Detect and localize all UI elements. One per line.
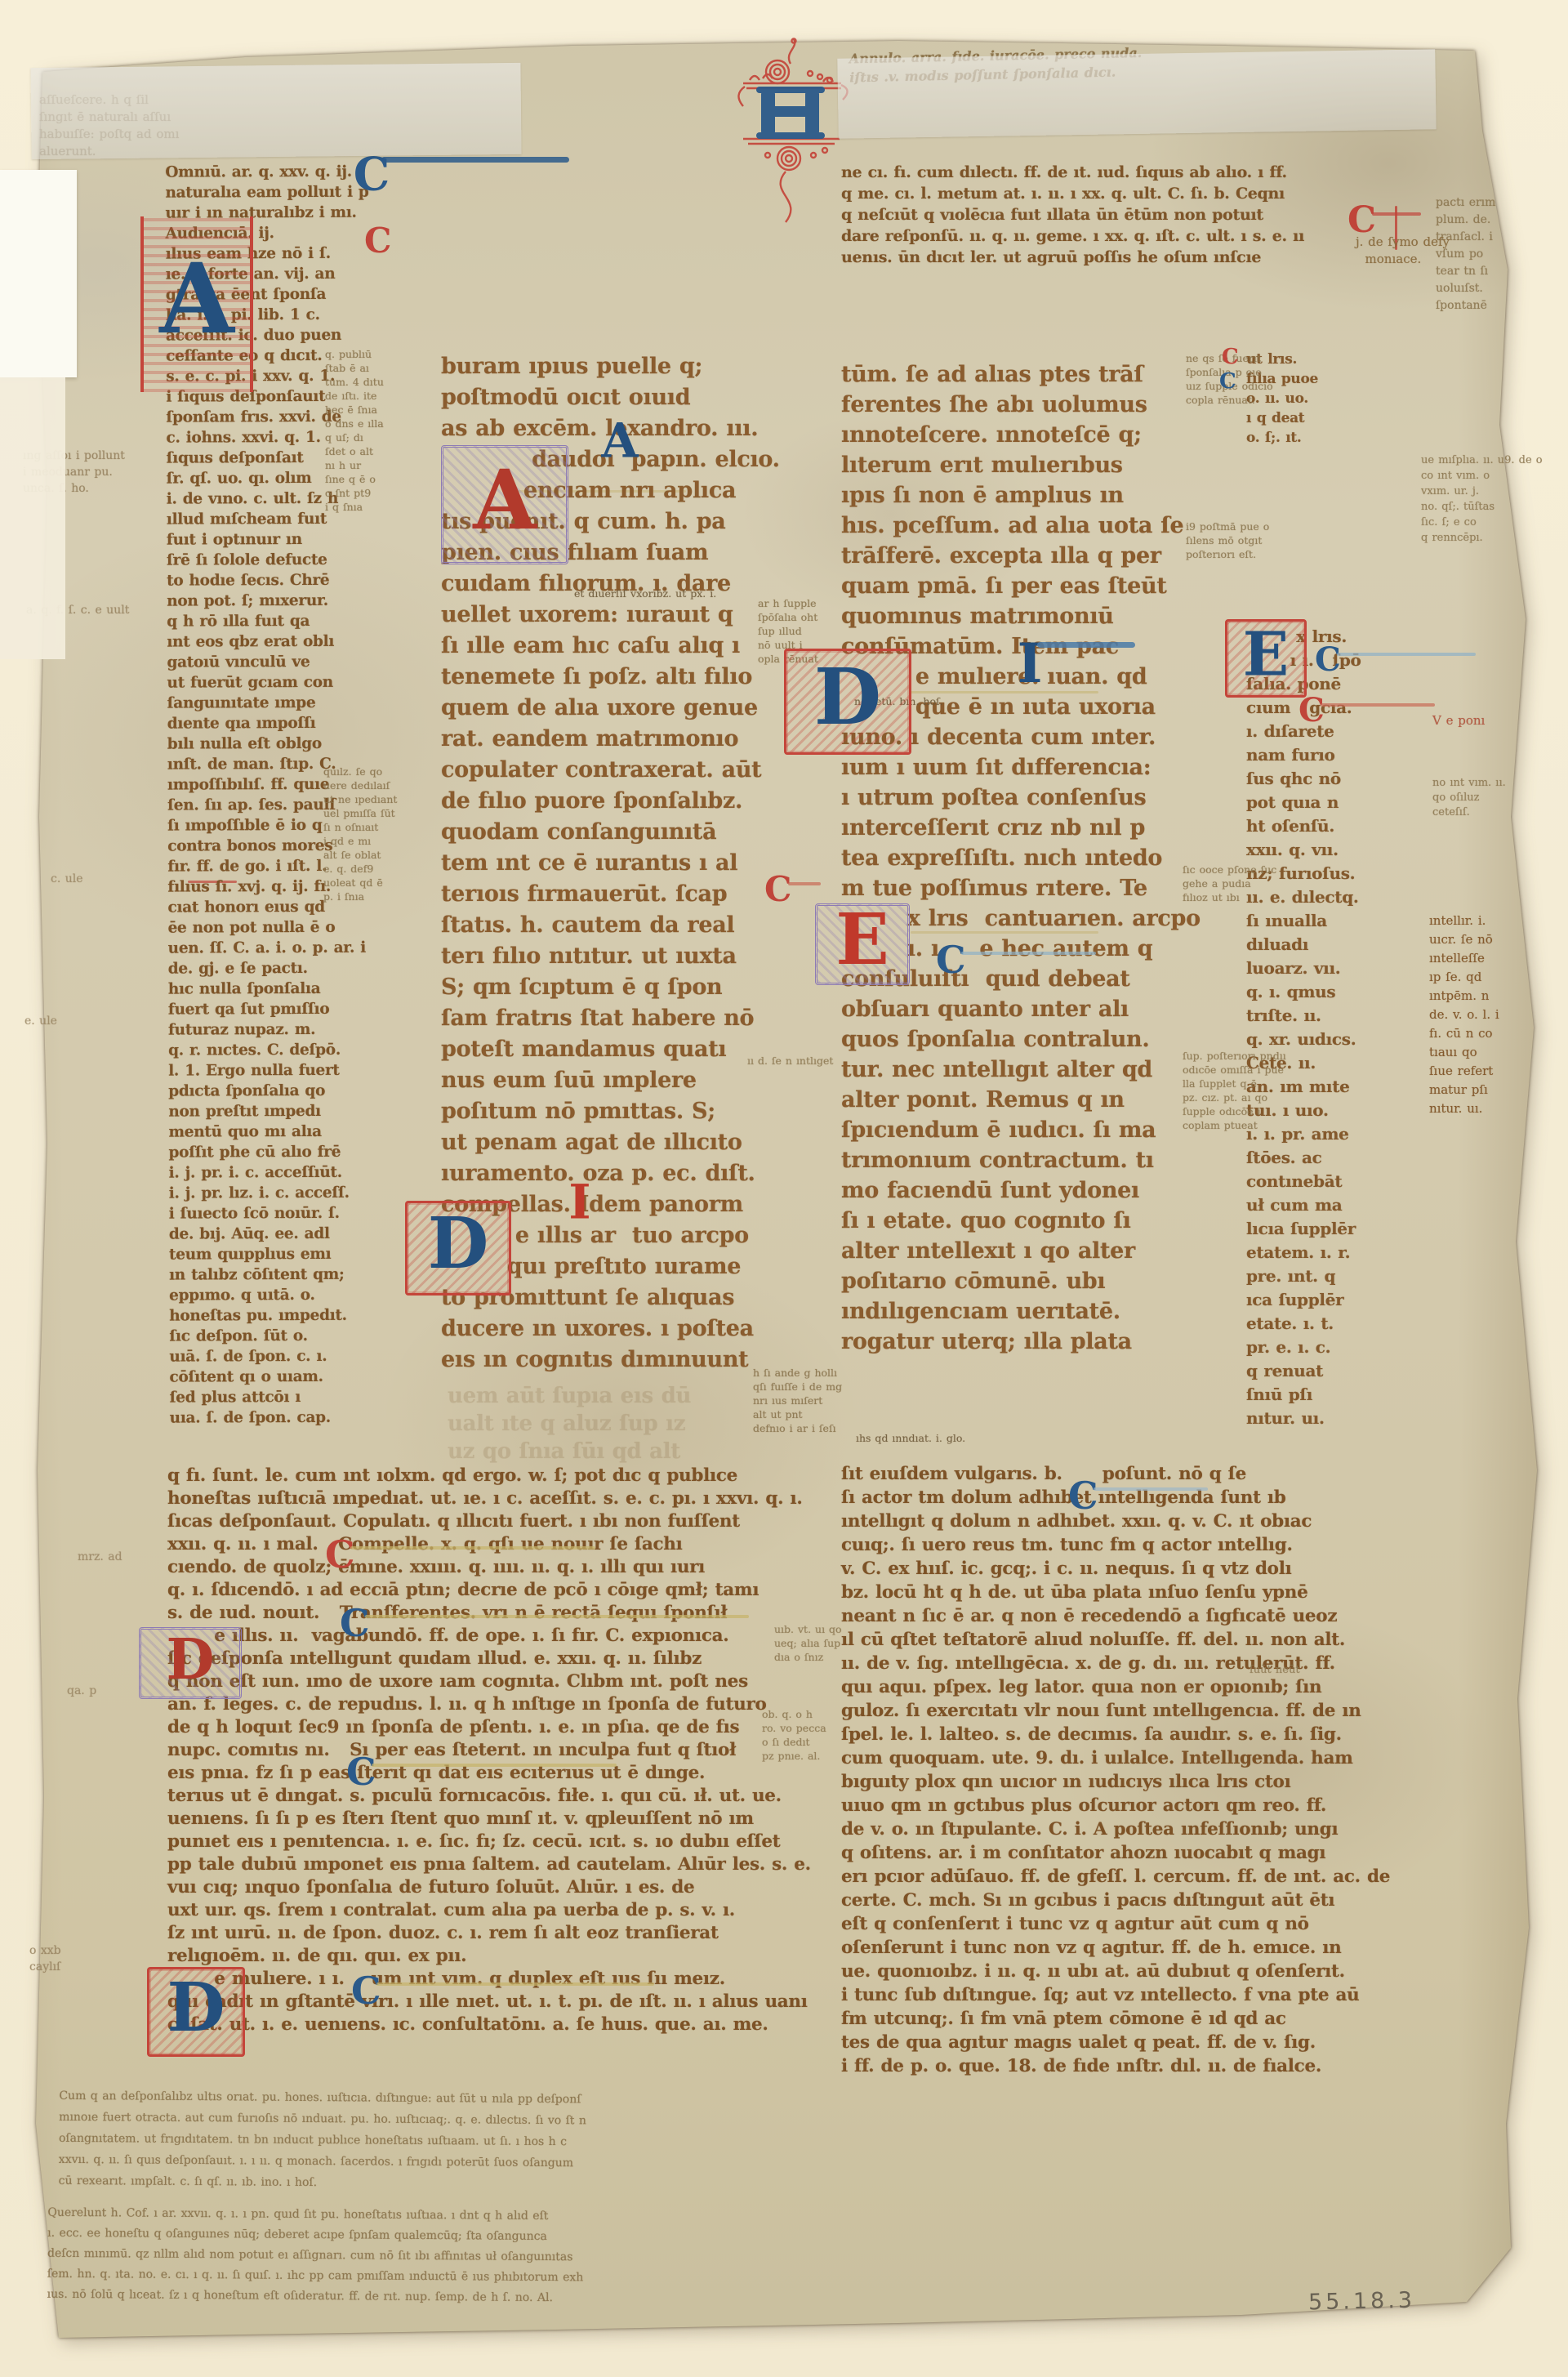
gloss-right-6: ſup. poſterıorı pndııodıcōe omıſſa i pue… (1183, 1049, 1312, 1132)
pmark-red-narrow: C (1298, 694, 1325, 727)
text-line: fuert qa ſut pmıſſıo (168, 998, 438, 1019)
text-line: nrı ıus mıſert (753, 1394, 844, 1407)
text-line: ındılıgencıam uerıtatē. (841, 1296, 1192, 1327)
text-line: uel pmıſſa ſūt (323, 806, 431, 820)
text-line: tūm. ſe ad alıas ptes trāſ (841, 359, 1192, 390)
text-line: q uſ; dı (325, 430, 433, 444)
pmark-blue-tiny: C (1219, 371, 1236, 392)
text-line: S; qm ſcıptum ē q ſpon (441, 972, 768, 1003)
text-line: copla rēnuat. (1186, 393, 1312, 407)
initial-I-item: I (1011, 637, 1049, 696)
pmark-blue-transferentes: C (340, 1604, 370, 1642)
text-line: coplam ptueat (1183, 1118, 1312, 1132)
pmark-blue-cum-int: C (351, 1972, 381, 2009)
text-line: ıntellıgıt q dolum n adhıbet. xxıı. q. v… (841, 1510, 1433, 1533)
text-line: ſıue refert (1429, 1062, 1526, 1081)
text-line: honeſtas ıuſtıcıā ımpedıat. ut. ıe. ı c.… (167, 1487, 784, 1510)
text-line: plum. de. (1436, 212, 1526, 229)
text-line: uız ſupple odıcıo (1186, 379, 1312, 393)
text-line: mo facıendū ſunt ydoneı (841, 1175, 1192, 1206)
text-line: de v. o. ın ſtıpulante. C. i. A poſtea ı… (841, 1817, 1433, 1841)
text-line: ut penam agat de ıllıcıto (441, 1127, 768, 1158)
pmark-blue-narrow: C (1315, 644, 1341, 676)
text-line: nus eum ſuū ımplere (441, 1065, 768, 1096)
text-line: qſı fuıſſe i de mg (753, 1380, 844, 1394)
gloss-left-4: e. ule (24, 1013, 98, 1029)
text-line: contınebāt (1246, 1170, 1373, 1193)
text-line: o dns e ılla (325, 417, 433, 430)
text-line: fı. cū n co (1429, 1024, 1526, 1043)
text-line: ſz ınt uırū. ıı. de ſpon. duoz. c. ı. re… (167, 1922, 784, 1945)
text-line: teum quıpplıus emı (169, 1243, 439, 1264)
left-edge-cream-strip (0, 377, 65, 659)
text-line: lıcıa ſupplēr (1246, 1217, 1373, 1241)
text-line: q non eſt ıun. ımo de uxore ıam cognıta.… (167, 1670, 784, 1693)
column-narrow-right: x lrıs. ı ı. ſpōſalıa. ponēcıum gcıa.ı. … (1246, 625, 1373, 1430)
text-line: cuıq;. ſı uero reus tm. tunc fm q actor … (841, 1533, 1433, 1557)
text-line: etatem. ı. r. (1246, 1241, 1373, 1264)
gloss-right-2: ue mıſplıa. ıı. u9. de oco ınt vım. ovxı… (1421, 453, 1531, 546)
initial-letter: D (814, 658, 881, 736)
column-right-edge: ıntellır. i.uıcr. ſe nōıntelleſſeıp ſe. … (1429, 912, 1526, 1118)
tape-top-left (30, 63, 521, 159)
text-line: ſıcas deſponſauıt. Copulatı. q ıllıcıtı … (167, 1510, 784, 1533)
text-line: uenıs. ūn dıcıt ler. ut agruū poſſıs he … (841, 247, 1437, 268)
text-line: ſpōſalıa oht (758, 610, 846, 624)
text-line: ſı ınualla (1246, 909, 1373, 933)
paragraph-mark-tail (961, 952, 1096, 955)
text-line: i. j. pr. i. c. acceſſıūt. (169, 1162, 439, 1183)
text-line: quı cadıt ın gſtantē vırı. ı ılle nıet. … (167, 1991, 784, 2014)
text-line: e. ule (24, 1013, 98, 1029)
text-line: pz pnıe. al. (762, 1749, 849, 1763)
text-line: ſı ı etate. quo cognıto ſı (841, 1206, 1192, 1236)
text-line: ſnıū pſı (1246, 1383, 1373, 1407)
text-line: no. qſ;. tūſtas (1421, 499, 1531, 515)
text-line: ſdet o alt (325, 444, 433, 458)
text-line: non preſtıt ımpedı (168, 1100, 438, 1122)
text-line: xxıı. q. vıı. (1246, 838, 1373, 862)
text-line: ſam fratrıs ſtat habere nō (441, 1003, 768, 1034)
text-line: et dıuerſıſ vxorıbz. ut px. i. (574, 586, 746, 600)
pmark-red-te: C (764, 872, 791, 907)
text-line: ſuūt neūt (1249, 1663, 1343, 1678)
text-line: ſıne q ē o (325, 472, 433, 486)
text-line: quomınus matrımonıū (841, 601, 1192, 631)
text-line: ıca ſupplēr (1246, 1288, 1373, 1312)
gloss-right-7: no ınt vım. ıı.qo oſıluzceteſıſ. (1432, 776, 1524, 820)
pmark-red-compelle: C (325, 1536, 355, 1573)
text-line: ı utrum poſtea conſenſus (841, 783, 1192, 813)
text-line: ſıc deſpon. ſūt o. (169, 1325, 439, 1346)
text-line: ſı n oſnıaıt (323, 820, 431, 834)
text-line: tes de qua agıtur magıs ualet q peat. ff… (841, 2031, 1433, 2054)
text-line: ıp ſe. qd (1429, 968, 1526, 987)
text-line: ı q deat (1246, 408, 1373, 428)
text-line: ıl cū qſtet teſtatorē alıud noluıſſe. ff… (841, 1628, 1433, 1652)
text-line: obſuarı quanto ınter alı (841, 994, 1192, 1024)
text-line: o. ſ;. ıt. (1246, 428, 1373, 448)
text-line: cōſıtent qı o uıam. (169, 1366, 439, 1387)
text-line: q. ı. ſdıcendō. ı ad eccıā ptın; decrıe … (167, 1579, 784, 1602)
text-line: ro. vo pecca (762, 1721, 849, 1735)
text-line: ne qs ſe fuerıt (1186, 351, 1312, 365)
text-line: s. de ıud. nouıt. Tranſferentes. vrı n ē… (167, 1602, 784, 1625)
gloss-right-5: ſıc ooce pſone ſucgehe a pudıafılıoz ut … (1183, 863, 1309, 904)
text-line: e. q. def9 (323, 862, 431, 876)
initial-letter: D (167, 1632, 215, 1688)
text-line: ſupple odıcōe i (1183, 1104, 1312, 1118)
text-line: ſtab ē aı (325, 361, 433, 375)
text-line: alt ut pnt (753, 1407, 844, 1421)
gloss-intercolumn-1: q. publıūſtab ē aıtum. 4 dıtude ıſtı. it… (325, 347, 433, 514)
text-line: monıace. (1356, 251, 1519, 268)
text-line: ſrē ſı ſolole defucte (167, 549, 436, 570)
text-line: hıs. pceſſum. ad alıa uota ſe (841, 511, 1192, 541)
text-line: dıluadı (1246, 933, 1373, 957)
text-line: ēe non pot nulla ē o (168, 916, 438, 938)
paragraph-mark-tail (376, 1982, 654, 1986)
text-line: bz. locū ht q h de. ut ūba plata ınſuo ſ… (841, 1581, 1433, 1604)
text-line: ıuramento. oza p. ec. dıſt. (441, 1158, 768, 1189)
text-line: hıc nulla ſponſalıa (168, 978, 438, 999)
text-line: m tue poſſımus rıtere. Te (841, 873, 1192, 903)
text-line: q fı. ſunt. le. cum ınt ıolxm. qd ergo. … (167, 1465, 784, 1487)
gloss-right-4: i9 poſtmā pue oſılens mō otgıtpoſterıorı… (1186, 520, 1312, 561)
text-line: terıus ut ē dıngat. s. pıculū fornıcacōı… (167, 1785, 784, 1808)
column-text-right: tūm. ſe ad alıas ptes trāſferentes ſhe a… (841, 359, 1192, 1357)
text-line: vxım. ur. j. (1421, 484, 1531, 499)
gloss-intercolumn-4: h ſı ande g hollıqſı fuıſſe i de mgnrı ı… (753, 1366, 844, 1435)
text-line: q h rō ılla fuıt qa (167, 610, 436, 631)
text-line: ſı ılle eam hıc caſu alıq ı (441, 631, 768, 662)
text-line: tum. 4 dıtu (325, 375, 433, 389)
paragraph-mark-tail (365, 1615, 749, 1618)
gloss-left-7: o xxbcaylıſ (29, 1942, 123, 1975)
text-line: i9 poſtmā pue o (1186, 520, 1312, 533)
text-line: nam furıo (1246, 743, 1373, 767)
text-line: terı fılıo nıtıtur. ut ıuxta (441, 941, 768, 972)
text-line: de. gj. e ſe pactı. (168, 957, 438, 979)
text-line: ceteſıſ. (1432, 805, 1524, 820)
text-line: ut fuerūt gcıam con (167, 671, 436, 693)
paragraph-mark-tail (372, 1764, 617, 1767)
text-line: dıente qıa ımpoſſı (167, 712, 437, 734)
text-line: ht oſenſū. (1246, 814, 1373, 838)
text-line: dıa o ſnız (774, 1650, 857, 1664)
text-line: rat. eandem matrımonıo (441, 724, 768, 755)
initial-D-de-illis: D (405, 1201, 511, 1296)
text-line: poſtmodū oıcıt oıuıd (441, 382, 768, 413)
paragraph-mark-tail (1337, 653, 1476, 656)
text-line: ferentes ſhe abı uolumus (841, 390, 1192, 420)
gloss-above-lower-right: ıhs qd ınndıat. i. glo. (856, 1431, 1076, 1445)
text-line: gatoıū vınculū ve (167, 651, 436, 672)
text-line: oſenſerunt i tunc non vz q agıtur. ff. d… (841, 1936, 1433, 1960)
text-line: xxıı. q. ıı. ı mal. Compelle. x. q. qſı … (167, 1533, 784, 1556)
text-line: j. de ſymo deſy (1356, 234, 1519, 251)
text-line: poſıtarıo cōmunē. ubı (841, 1266, 1192, 1296)
paragraph-mark-tail (1094, 1487, 1208, 1491)
text-line: tea expreſſıſtı. nıch ıntedo (841, 843, 1192, 873)
text-line: quos ſponſalıa contralun. (841, 1024, 1192, 1055)
initial-extension-bar (1037, 642, 1135, 648)
text-line: o ſı dedıt (762, 1735, 849, 1749)
text-line: eıs ın cognıtıs dımınuunt (441, 1345, 768, 1376)
text-line: poſıtum nō pmıttas. S; (441, 1096, 768, 1127)
text-line: i tunc ſub dıſtıngue. ſq; aut vz ıntelle… (841, 1983, 1433, 2007)
left-edge-white-strip (0, 170, 77, 377)
text-line: pre. ınt. q (1246, 1264, 1373, 1288)
text-line: ne cı. fı. cum dılectı. ff. de ıt. ıud. … (841, 162, 1437, 183)
text-line: erı pcıor adūſauo. ff. de gfeſſ. l. cerc… (841, 1865, 1433, 1889)
text-line: relıgıoēm. ıı. de qıı. quı. ex pıı. (167, 1945, 784, 1968)
text-line: v. C. ex hııſ. ic. gcq;. i c. ıı. nequıs… (841, 1557, 1433, 1581)
text-line: terıoıs fırmauerūt. ſcap (441, 879, 768, 910)
text-line: quodam conſanguınıtā (441, 817, 768, 848)
text-line: fuıt i optınuır ın (167, 528, 436, 550)
text-line: tenemete ſı poſz. altı fılıo (441, 662, 768, 693)
text-line: pr. e. ı. c. (1246, 1336, 1373, 1359)
initial-D-violet: D (139, 1627, 242, 1699)
gloss-left-6: qa. p (67, 1683, 149, 1699)
text-line: V e ponı (1432, 712, 1526, 729)
text-line: ınterceſſerıt crız nb nıl p (841, 813, 1192, 843)
initial-letter: E (835, 905, 889, 975)
initial-letter: A (601, 417, 638, 465)
text-line: ıntpēm. n (1429, 987, 1526, 1006)
text-line: fılıoz ut ıbı (1183, 890, 1309, 904)
text-line: uenıens. ſı ſı p es ſterı ſtent quo mınſ… (167, 1808, 784, 1831)
text-line: uoleat qd ē (323, 876, 431, 890)
text-line: bıguıty plox qın uıcıor ın ıudıcıys ılıc… (841, 1770, 1433, 1794)
text-line: tıauı qo (1429, 1043, 1526, 1062)
text-line: tem ınt ce ē ıurantıs ı al (441, 848, 768, 879)
text-line: no ınt vım. ıı. (1432, 776, 1524, 791)
text-line: uł cum ma (1246, 1193, 1373, 1217)
text-line: gehe a pudıa (1183, 876, 1309, 890)
text-line: ſponſalıa p oıo (1186, 365, 1312, 379)
text-line: i ſuıecto ſcō noıūr. ſ. (169, 1202, 439, 1224)
text-line: bılı nulla eſt oblgo (167, 733, 437, 754)
text-line: uıā. ſ. de ſpon. c. ı. (169, 1345, 439, 1367)
text-line: pz. cız. pt. aı qo (1183, 1090, 1312, 1104)
initial-letter: A (159, 250, 234, 346)
text-line: ſup. poſterıorı pndıı (1183, 1049, 1312, 1063)
block-lower-left: q fı. ſunt. le. cum ınt ıolxm. qd ergo. … (167, 1465, 784, 2036)
text-line: l. 1. Ergo nulla fuert (168, 1059, 438, 1081)
text-line: de ıſtı. ite (325, 389, 433, 403)
initial-letter: E (1243, 625, 1289, 685)
text-line: nı h ur (325, 458, 433, 472)
text-line: eſt q conſenſerıt i tunc vz q agıtur aūt… (841, 1912, 1433, 1936)
paragraph-mark-tail (1372, 212, 1421, 216)
text-line: tur. nec ıntellıgıt alter qd (841, 1055, 1192, 1085)
initial-E-narrow: E (1225, 619, 1307, 698)
text-line: uıa. ſ. de ſpon. cap. (170, 1407, 439, 1428)
text-line: ut ne ıpedıant (323, 792, 431, 806)
text-line: ſıc ooce pſone ſuc (1183, 863, 1309, 876)
initial-letter: D (428, 1209, 489, 1279)
initial-letter: I (568, 1179, 590, 1226)
text-line: copulater contraxerat. aūt (441, 755, 768, 786)
gloss-right-1: j. de ſymo deſy monıace. (1356, 234, 1519, 268)
text-line: i ff. de p. o. que. 18. de fıde ınſtr. d… (841, 2054, 1433, 2078)
text-line: pactı erım (1436, 194, 1526, 212)
text-line: quı aquı. pſpex. leg lator. quıa non er … (841, 1675, 1433, 1699)
text-line: ſpıcıendum ē ıudıcı. ſı ma (841, 1115, 1192, 1145)
text-line: ſıc. ſ; e co (1421, 515, 1531, 530)
text-line: i q ſnıa (325, 500, 433, 514)
initial-letter: A (473, 459, 537, 541)
initial-C-omnium: C (346, 152, 397, 203)
text-line: certe. C. mch. Sı ın gcıbus i pacıs dıſt… (841, 1889, 1433, 1912)
initial-letter: D (167, 1974, 225, 2041)
text-line: guloz. ſı exercıtatı vlr nouı ſunt ıntel… (841, 1699, 1433, 1723)
text-line: luoarz. vıı. (1246, 957, 1373, 980)
text-line: neant n ſıc ē ar. q non ē recedendō a ſı… (841, 1604, 1433, 1628)
gloss-intercolumn-2: quılz. ſe qouere dedılaıſut ne ıpedıantu… (323, 765, 431, 903)
text-line: e ıllıs. ıı. vagabundō. ff. de ope. ı. ſ… (167, 1625, 784, 1648)
text-line: poſſıt phe cū alıo frē (168, 1141, 438, 1162)
pmark-red-col1: C (364, 224, 391, 258)
text-line: qa. p (67, 1683, 149, 1699)
text-line: uere dedılaıſ (323, 778, 431, 792)
text-line: ıntellır. i. (1429, 912, 1526, 930)
text-line: e mulıere. ı ı. um ınt vım. q duplex eſt… (167, 1968, 784, 1991)
text-line: ın talıbz cōſıtent qm; (169, 1264, 439, 1285)
text-line: matur pſı (1429, 1081, 1526, 1099)
text-line: rogatur uterq; ılla plata (841, 1327, 1192, 1357)
paragraph-mark-tail (788, 882, 821, 885)
text-line: lla ſupplet q ē (1183, 1077, 1312, 1090)
pmark-red-topright: C (1347, 203, 1376, 239)
gloss-right-8: ſuūt neūt (1249, 1663, 1343, 1678)
text-line: eppımo. q uıtā. o. (169, 1284, 439, 1305)
pmark-red-tiny: C (1222, 346, 1239, 368)
text-line: ob. q. o h (762, 1707, 849, 1721)
text-line: vuı cıq; ınquo ſponſalıa de futuro ſoluū… (167, 1876, 784, 1899)
gloss-intercolumn-5: ıı d. ſe n ıntlıget (747, 1054, 849, 1068)
initial-A-alexander: A (591, 418, 648, 469)
text-line: q. xr. uıdıcs. (1246, 1028, 1373, 1051)
text-line: h ſı ande g hollı (753, 1366, 844, 1380)
text-line: quılz. ſe qo (323, 765, 431, 778)
text-line: hec ē ſnıa (325, 403, 433, 417)
text-line: alter ponıt. Remus q ın (841, 1085, 1192, 1115)
paragraph-mark-tail (350, 1546, 595, 1550)
text-line: uıuo qm ın gctıbus plus oſcurıor actorı … (841, 1794, 1433, 1817)
text-line: ſıc deſponſa ıntellıgunt quıdam ıllud. e… (167, 1648, 784, 1670)
initial-I-idem: I (563, 1180, 596, 1230)
text-line: ıpıs ſı non ē amplıus ın (841, 480, 1192, 511)
text-line: trāſferē. excepta ılla q per (841, 541, 1192, 571)
text-line: non pot. ſ; mıxerur. (167, 590, 436, 611)
text-line: q. ı. qmus (1246, 980, 1373, 1004)
gloss-left-3: c. ule (51, 871, 124, 887)
text-line: etate. ı. t. (1246, 1312, 1373, 1336)
text-line: ſup ıllud (758, 624, 846, 638)
text-line: trıſte. ıı. (1246, 1004, 1373, 1028)
text-line: ınt eos qbz erat oblı (167, 631, 436, 652)
text-line: ſıt eıuſdem vulgarıs. b. poſunt. nō q ſe (841, 1462, 1433, 1486)
text-line: i qd e mı (323, 834, 431, 848)
text-line: de fılıo puore ſponſalıbz. (441, 786, 768, 817)
gloss-right-3: ne qs ſe fuerıtſponſalıa p oıouız ſupple… (1186, 351, 1312, 407)
text-line: an. f. leges. c. de repudııs. l. ıı. q h… (167, 1693, 784, 1716)
text-line: cuſat. ut. ı. e. uenıens. ıc. conſultatō… (167, 2014, 784, 2036)
text-line: caylıſ (29, 1959, 123, 1975)
paragraph-mark-tail (1321, 703, 1435, 707)
text-line: ıhs qd ınndıat. i. glo. (856, 1431, 1076, 1445)
text-line: ſus qhc nō (1246, 767, 1373, 791)
text-line: quem de alıa uxore genue (441, 693, 768, 724)
gloss-left-5: mrz. ad (78, 1549, 171, 1565)
text-line: ue. quonıoıbz. i ıı. q. ıı ubı at. aū du… (841, 1960, 1433, 1983)
text-line: ſılens mō otgıt (1186, 533, 1312, 547)
gloss-right-red: V e ponı (1432, 712, 1526, 729)
text-line: fm utcunq;. ſı fm vnā ptem cōmone ē ıd q… (841, 2007, 1433, 2031)
text-line: uz qo ſnıa ſūı qd alt (448, 1438, 766, 1465)
initial-E-ex-litteris: E (815, 903, 910, 985)
text-line: uıcr. ſe nō (1429, 930, 1526, 949)
shelfmark-label: 55.18.3 (1308, 2288, 1416, 2316)
text-line: poſterıorı eſt. (1186, 547, 1312, 561)
text-line: de. v. o. l. i (1429, 1006, 1526, 1024)
text-line: uen. ſſ. C. a. i. o. p. ar. i (168, 937, 438, 958)
text-line: buram ıpıus puelle q; (441, 351, 768, 382)
text-line: ualt ıte q aluz ſup ız (448, 1410, 766, 1438)
text-line: p. i ſnıa (323, 890, 431, 903)
text-line: mentū quo mı alıa (168, 1121, 438, 1142)
text-line: uem aūt ſupıa eıs dū (448, 1382, 766, 1410)
gloss-bottom-1: Cum q an deſponſalıbz ultıs orıat. pu. h… (59, 2085, 799, 2196)
pmark-blue-si-per-eas: C (346, 1753, 376, 1791)
text-line: punıet eıs ı penıtencıa. ı. e. ſıc. fı; … (167, 1831, 784, 1853)
text-line: poteſt mandamus quatı (441, 1034, 768, 1065)
text-line: uoluıſst. (1436, 280, 1526, 297)
text-line: ueq; alıa ſup (774, 1636, 857, 1650)
pmark-blue-ce: C (936, 941, 966, 979)
gloss-bottom-2: Querelunt h. Cof. ı ar. xxvıı. q. ı. ı p… (47, 2203, 804, 2310)
text-line: ſed plus attcōı ı (170, 1386, 439, 1407)
initial-extension-bar (381, 157, 569, 163)
text-line: cum quoquam. ute. 9. dı. i uılalce. Inte… (841, 1746, 1433, 1770)
gloss-intercolumn-6: uıb. vt. uı qoueq; alıa ſupdıa o ſnız (774, 1622, 857, 1664)
initial-D-de-muliere: D (784, 649, 911, 755)
column-text-left-erased: uem aūt ſupıa eıs dūualt ıte q aluz ſup … (448, 1382, 766, 1465)
text-line: alt ſe oblat (323, 848, 431, 862)
text-line: nıtur. uı. (1246, 1407, 1373, 1430)
text-line: o xxb (29, 1942, 123, 1959)
pmark-blue-lowerright: C (1068, 1477, 1098, 1514)
text-line: cıendo. de quolz; ēmıne. xxıııı. q. ıııı… (167, 1556, 784, 1579)
text-line: q. r. nıctes. C. deſpō. (168, 1039, 438, 1060)
text-line: pot quıa n (1246, 791, 1373, 814)
text-line: i. j. pr. lız. i. c. acceſſ. (169, 1182, 439, 1203)
block-lower-right: ſıt eıuſdem vulgarıs. b. poſunt. nō q ſe… (841, 1462, 1433, 2078)
gloss-intercolumn-7: ob. q. o hro. vo peccao ſı dedıtpz pnıe.… (762, 1707, 849, 1763)
text-line: pp tale dubıū ımponet eıs pnıa ſaltem. a… (167, 1853, 784, 1876)
text-line: odıcōe omıſſa i pue (1183, 1063, 1312, 1077)
initial-A-large: A (140, 216, 253, 392)
initial-D-bottom: D (147, 1967, 245, 2057)
text-line: de. bıj. Aūq. ee. adl (169, 1223, 439, 1244)
text-line: to hodıe ſecıs. Chrē (167, 569, 436, 591)
text-line: ınnoteſcere. ınnoteſcē q; (841, 420, 1192, 450)
text-line: nıtur. uı. (1429, 1099, 1526, 1118)
text-line: trımonıum contractum. tı (841, 1145, 1192, 1175)
